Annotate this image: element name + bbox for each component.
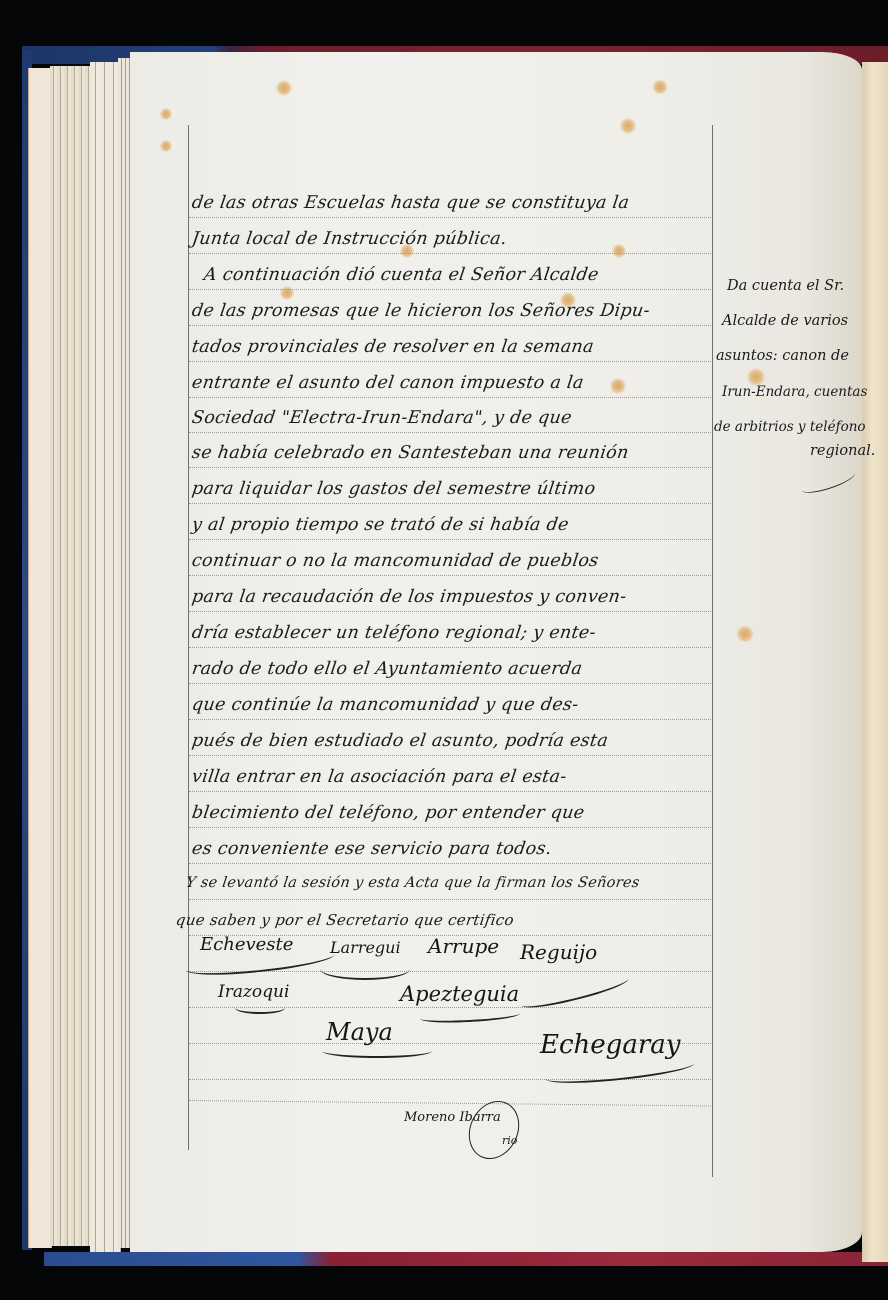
foxing-stain — [160, 140, 172, 152]
margin-note-line: Da cuenta el Sr. — [727, 278, 844, 294]
page-edges-2 — [50, 66, 91, 1246]
body-line: entrante el asunto del canon impuesto a … — [191, 373, 714, 393]
body-line: y al propio tiempo se trató de si había … — [191, 515, 714, 535]
margin-note-line: regional. — [810, 443, 875, 459]
body-line: Sociedad "Electra-Irun-Endara", y de que — [191, 408, 714, 428]
page-edges-3 — [90, 62, 121, 1252]
margin-note-line: Alcalde de varios — [722, 313, 848, 329]
margin-note-line: Irun-Endara, cuentas — [722, 384, 867, 400]
ruled-line — [189, 361, 711, 362]
ruled-line — [189, 827, 711, 828]
signature: Irazoqui — [218, 982, 289, 1002]
ruled-line — [189, 1079, 711, 1080]
margin-note-line: asuntos: canon de — [716, 348, 849, 364]
foxing-stain — [620, 118, 636, 134]
ruled-line — [189, 791, 711, 792]
ruled-line — [189, 253, 711, 254]
signature: Larregui — [330, 938, 401, 957]
body-line: que continúe la mancomunidad y que des- — [191, 695, 714, 715]
ruled-line — [189, 539, 711, 540]
body-line: tados provinciales de resolver en la sem… — [191, 337, 714, 357]
signature: Maya — [326, 1018, 393, 1046]
signature: Echegaray — [540, 1030, 680, 1060]
body-line: A continuación dió cuenta el Señor Alcal… — [203, 265, 726, 285]
foxing-stain — [736, 626, 754, 642]
body-line: continuar o no la mancomunidad de pueblo… — [191, 551, 714, 571]
signature-flourish — [322, 1044, 432, 1058]
body-line: para liquidar los gastos del semestre úl… — [191, 479, 714, 499]
ruled-line — [189, 432, 711, 433]
ruled-line — [189, 575, 711, 576]
body-line: Junta local de Instrucción pública. — [191, 229, 714, 249]
ruled-line — [189, 217, 711, 218]
page-edges-1 — [28, 68, 52, 1248]
ruled-line — [189, 503, 711, 504]
ruled-line — [189, 325, 711, 326]
body-line: para la recaudación de los impuestos y c… — [191, 587, 714, 607]
body-line: Y se levantó la sesión y esta Acta que l… — [185, 875, 707, 891]
left-margin-line — [188, 125, 189, 1150]
body-line: de las otras Escuelas hasta que se const… — [191, 193, 714, 213]
body-line: pués de bien estudiado el asunto, podría… — [191, 731, 714, 751]
body-line: rado de todo ello el Ayuntamiento acuerd… — [191, 659, 714, 679]
signature: Apezteguia — [400, 982, 519, 1006]
body-line: se había celebrado en Santesteban una re… — [191, 443, 714, 463]
body-line: villa entrar en la asociación para el es… — [191, 767, 714, 787]
body-line: blecimiento del teléfono, por entender q… — [191, 803, 714, 823]
foxing-stain — [276, 80, 292, 96]
ruled-line — [189, 289, 711, 290]
right-page-edge — [862, 62, 888, 1262]
signature: Reguijo — [520, 940, 597, 964]
signature-flourish — [320, 958, 410, 980]
body-line: que saben y por el Secretario que certif… — [175, 911, 698, 929]
ruled-line — [189, 397, 711, 398]
ruled-line — [189, 683, 711, 684]
ruled-line — [189, 863, 711, 864]
foxing-stain — [160, 108, 172, 120]
ruled-line — [189, 647, 711, 648]
body-line: dría establecer un teléfono regional; y … — [191, 623, 714, 643]
book-cover-bottom — [44, 1252, 888, 1266]
signature-flourish — [235, 1002, 285, 1014]
ruled-line — [189, 467, 711, 468]
margin-note-line: de arbitrios y teléfono — [714, 419, 866, 435]
body-line: es conveniente ese servicio para todos. — [191, 839, 714, 859]
ruled-line — [189, 755, 711, 756]
signature: Arrupe — [428, 934, 499, 958]
ruled-line — [189, 611, 711, 612]
ruled-line — [189, 719, 711, 720]
foxing-stain — [652, 80, 668, 94]
body-line: de las promesas que le hicieron los Seño… — [191, 301, 714, 321]
ruled-line — [189, 899, 711, 900]
